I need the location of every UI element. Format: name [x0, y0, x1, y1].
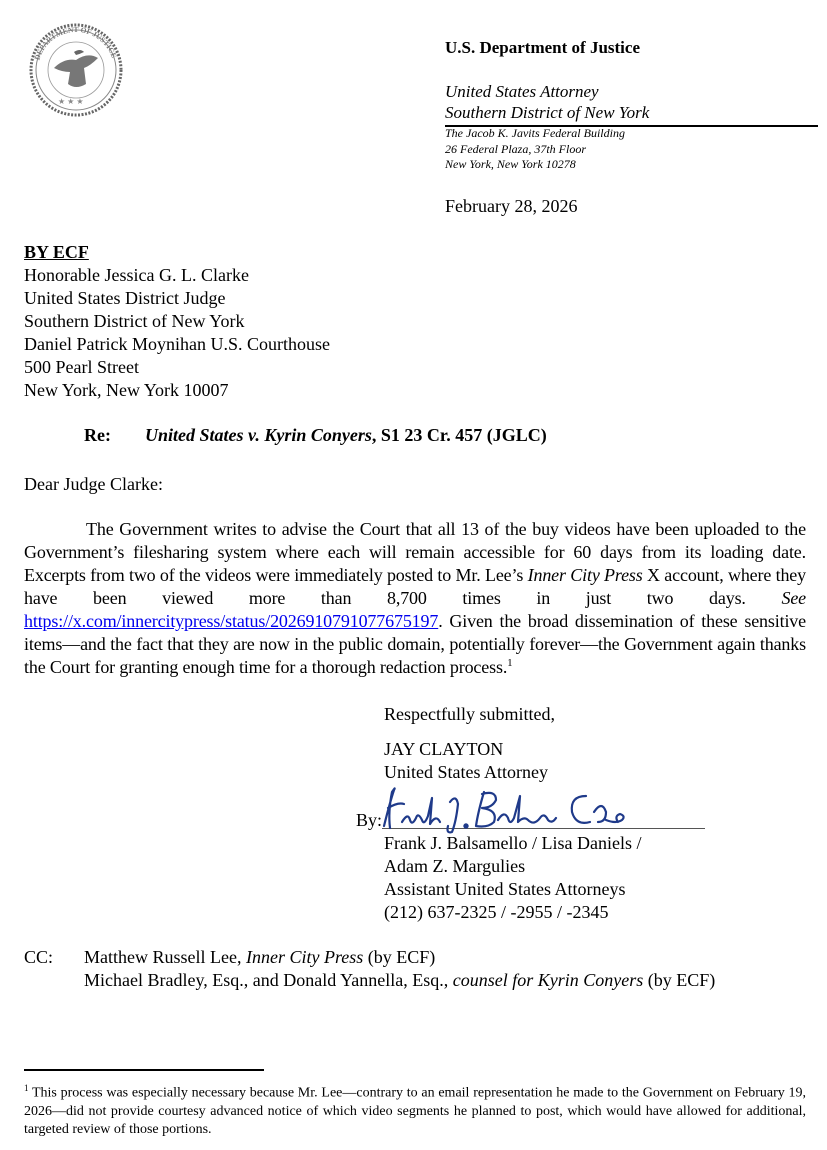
case-number: , S1 23 Cr. 457 (JGLC) — [372, 425, 547, 445]
signers-title: Assistant United States Attorneys — [384, 878, 641, 901]
letter-date: February 28, 2026 — [445, 196, 577, 217]
delivery-method: BY ECF — [24, 241, 330, 264]
svg-text:DEPARTMENT OF JUSTICE: DEPARTMENT OF JUSTICE — [32, 25, 118, 61]
doj-seal-icon: ★ ★ ★ DEPARTMENT OF JUSTICE — [24, 22, 128, 118]
see-signal: See — [781, 588, 806, 608]
recipient-block: BY ECF Honorable Jessica G. L. Clarke Un… — [24, 241, 330, 402]
svg-text:★ ★ ★: ★ ★ ★ — [58, 97, 84, 106]
us-attorney-title: United States Attorney — [384, 761, 555, 784]
footnote-ref[interactable]: 1 — [507, 657, 512, 669]
publication-name: Inner City Press — [528, 565, 643, 585]
re-label: Re: — [84, 425, 145, 446]
signers-names: Adam Z. Margulies — [384, 855, 641, 878]
re-line: Re:United States v. Kyrin Conyers, S1 23… — [84, 425, 547, 446]
recipient-line: 500 Pearl Street — [24, 356, 330, 379]
recipient-line: Southern District of New York — [24, 310, 330, 333]
recipient-line: New York, New York 10007 — [24, 379, 330, 402]
recipient-line: Honorable Jessica G. L. Clarke — [24, 264, 330, 287]
us-attorney-name: JAY CLAYTON — [384, 738, 555, 761]
signers-phone: (212) 637-2325 / -2955 / -2345 — [384, 901, 641, 924]
signers-block: Frank J. Balsamello / Lisa Daniels / Ada… — [384, 832, 641, 924]
footnote: 1 This process was especially necessary … — [24, 1079, 806, 1139]
office-address: The Jacob K. Javits Federal Building 26 … — [445, 126, 625, 173]
salutation: Dear Judge Clarke: — [24, 474, 163, 495]
closing: Respectfully submitted, — [384, 703, 555, 726]
recipient-line: Daniel Patrick Moynihan U.S. Courthouse — [24, 333, 330, 356]
cc-block: CC:Matthew Russell Lee, Inner City Press… — [24, 946, 715, 992]
handwritten-signature-icon — [380, 782, 640, 834]
signature-block: Respectfully submitted, JAY CLAYTON Unit… — [384, 703, 555, 784]
recipient-line: United States District Judge — [24, 287, 330, 310]
body-paragraph: The Government writes to advise the Cour… — [24, 518, 806, 679]
by-label: By: — [356, 810, 382, 831]
case-name: United States v. Kyrin Conyers — [145, 425, 372, 445]
x-post-link[interactable]: https://x.com/innercitypress/status/2026… — [24, 611, 438, 631]
cc-label: CC: — [24, 946, 84, 969]
footnote-rule — [24, 1069, 264, 1071]
department-name: U.S. Department of Justice — [445, 38, 640, 58]
office-name: United States Attorney Southern District… — [445, 81, 649, 123]
signers-names: Frank J. Balsamello / Lisa Daniels / — [384, 832, 641, 855]
